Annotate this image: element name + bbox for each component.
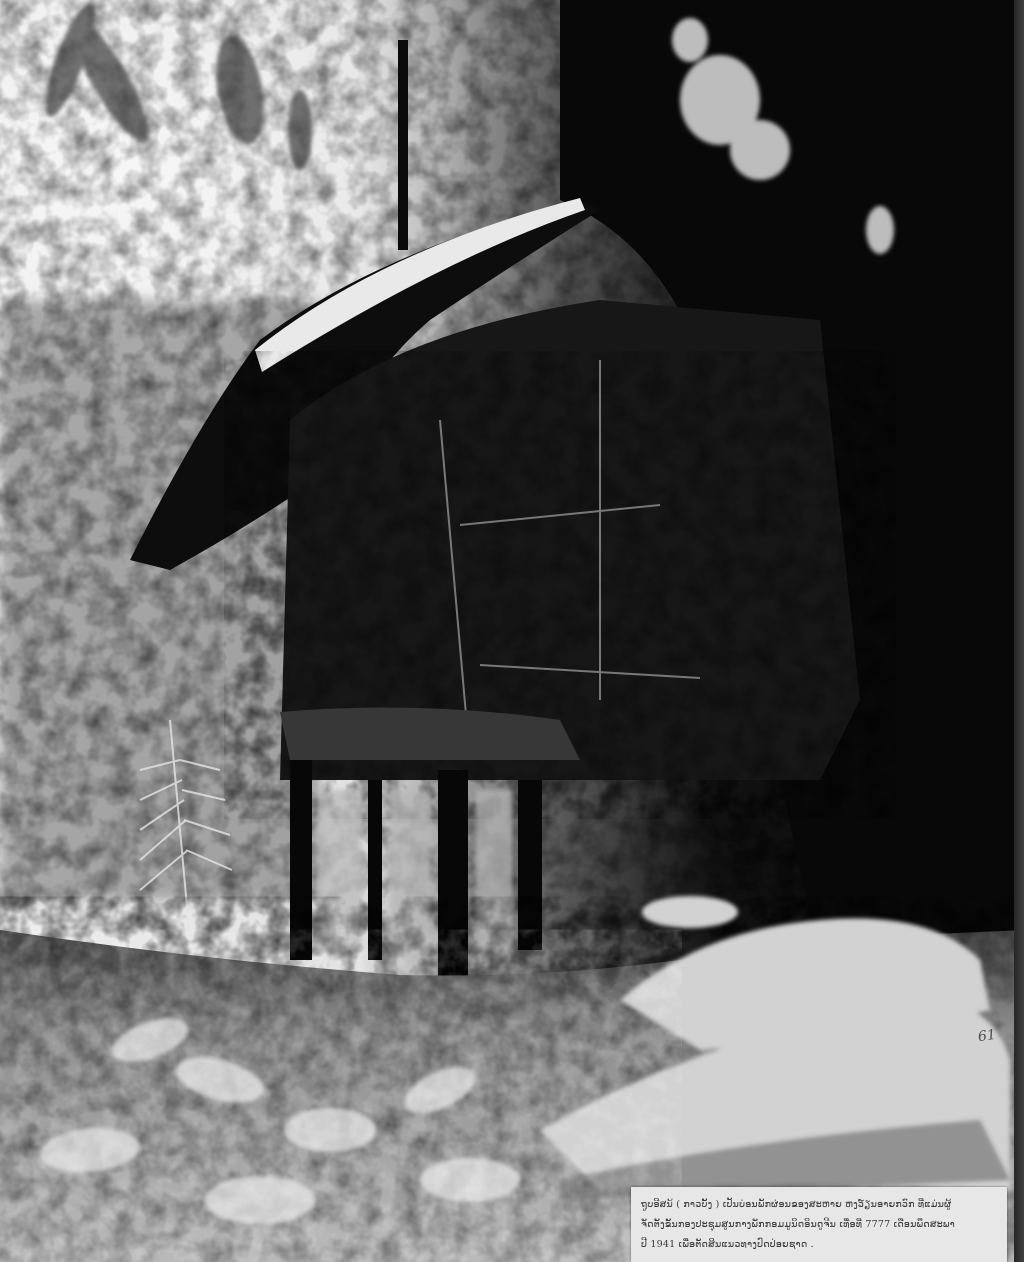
caption-label: ຖູບອີສນ້ ( ກາວບັ້ງ ) ເປັນບ່ອນພັກຜ່ອນຂອງສ… <box>631 1187 1007 1262</box>
archival-photograph: 61 ຖູບອີສນ້ ( ກາວບັ້ງ ) ເປັນບ່ອນພັກຜ່ອນຂ… <box>0 0 1024 1262</box>
caption-line-2: ຈັດຕັ້ງຂັ້ນກອງປະຊຸມສູນກາງພັກກອມມູນິດອິນດ… <box>641 1215 999 1235</box>
photo-scene <box>0 0 1024 1262</box>
caption-line-3: ປີ 1941 ເພື່ອຕັດສິນແນວທາງປົດປ່ອຍຊາດ . <box>641 1235 999 1255</box>
photo-border-edge <box>1014 0 1024 1262</box>
caption-line-1: ຖູບອີສນ້ ( ກາວບັ້ງ ) ເປັນບ່ອນພັກຜ່ອນຂອງສ… <box>641 1195 999 1215</box>
handwritten-page-number: 61 <box>977 1027 997 1045</box>
